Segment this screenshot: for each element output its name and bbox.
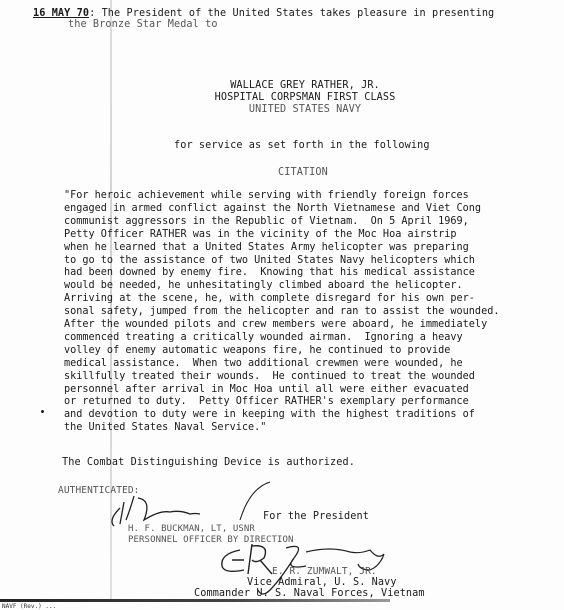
form-footer-rule: [0, 599, 390, 602]
citation-line: and devotion to duty were in keeping wit…: [64, 409, 475, 421]
citation-line: Arriving at the scene, he, with complete…: [64, 293, 475, 305]
for-the-president: For the President: [263, 511, 369, 523]
citation-line: communist aggressors in the Republic of …: [64, 216, 469, 228]
citation-line: to go to the assistance of two United St…: [64, 255, 475, 267]
recipient-rank: HOSPITAL CORPSMAN FIRST CLASS: [190, 92, 420, 104]
intro-text: : The President of the United States tak…: [89, 8, 494, 19]
citation-line: volley of enemy automatic weapons fire, …: [64, 345, 450, 357]
citation-line: personnel after arrival in Moc Hoa until…: [64, 384, 469, 396]
citation-line: commenced treating a critically wounded …: [64, 332, 463, 344]
citation-line: Petty Officer RATHER was in the vicinity…: [64, 229, 457, 241]
recipient-service: UNITED STATES NAVY: [190, 104, 420, 116]
citation-line: the United States Naval Service.": [64, 422, 266, 434]
citation-line: engaged in armed conflict against the No…: [64, 203, 481, 215]
citation-line: would be needed, he unhesitatingly climb…: [64, 280, 463, 292]
citation-heading: CITATION: [278, 167, 328, 179]
citation-line: After the wounded pilots and crew member…: [64, 319, 487, 331]
citation-line: skillfully treated their wounds. He cont…: [64, 371, 475, 383]
award-date: 16 MAY 70: [33, 8, 89, 19]
citation-line: when he learned that a United States Arm…: [64, 242, 469, 254]
recipient-name: WALLACE GREY RATHER, JR.: [190, 80, 420, 92]
citation-line: had been downed by enemy fire. Knowing t…: [64, 267, 475, 279]
citation-line: "For heroic achievement while serving wi…: [64, 190, 469, 202]
intro-line-2: the Bronze Star Medal to: [68, 19, 218, 31]
citation-line: or returned to duty. Petty Officer RATHE…: [64, 396, 469, 408]
service-line: for service as set forth in the followin…: [174, 140, 430, 152]
citation-line: medical assistance. When two additional …: [64, 358, 463, 370]
citation-document: 16 MAY 70: The President of the United S…: [0, 0, 564, 610]
citation-line: sonal safety, jumped from the helicopter…: [64, 306, 499, 318]
device-line: The Combat Distinguishing Device is auth…: [62, 457, 355, 469]
margin-mark: [41, 410, 44, 413]
form-footer-text: NAVF (Rev.) ...: [2, 603, 56, 610]
